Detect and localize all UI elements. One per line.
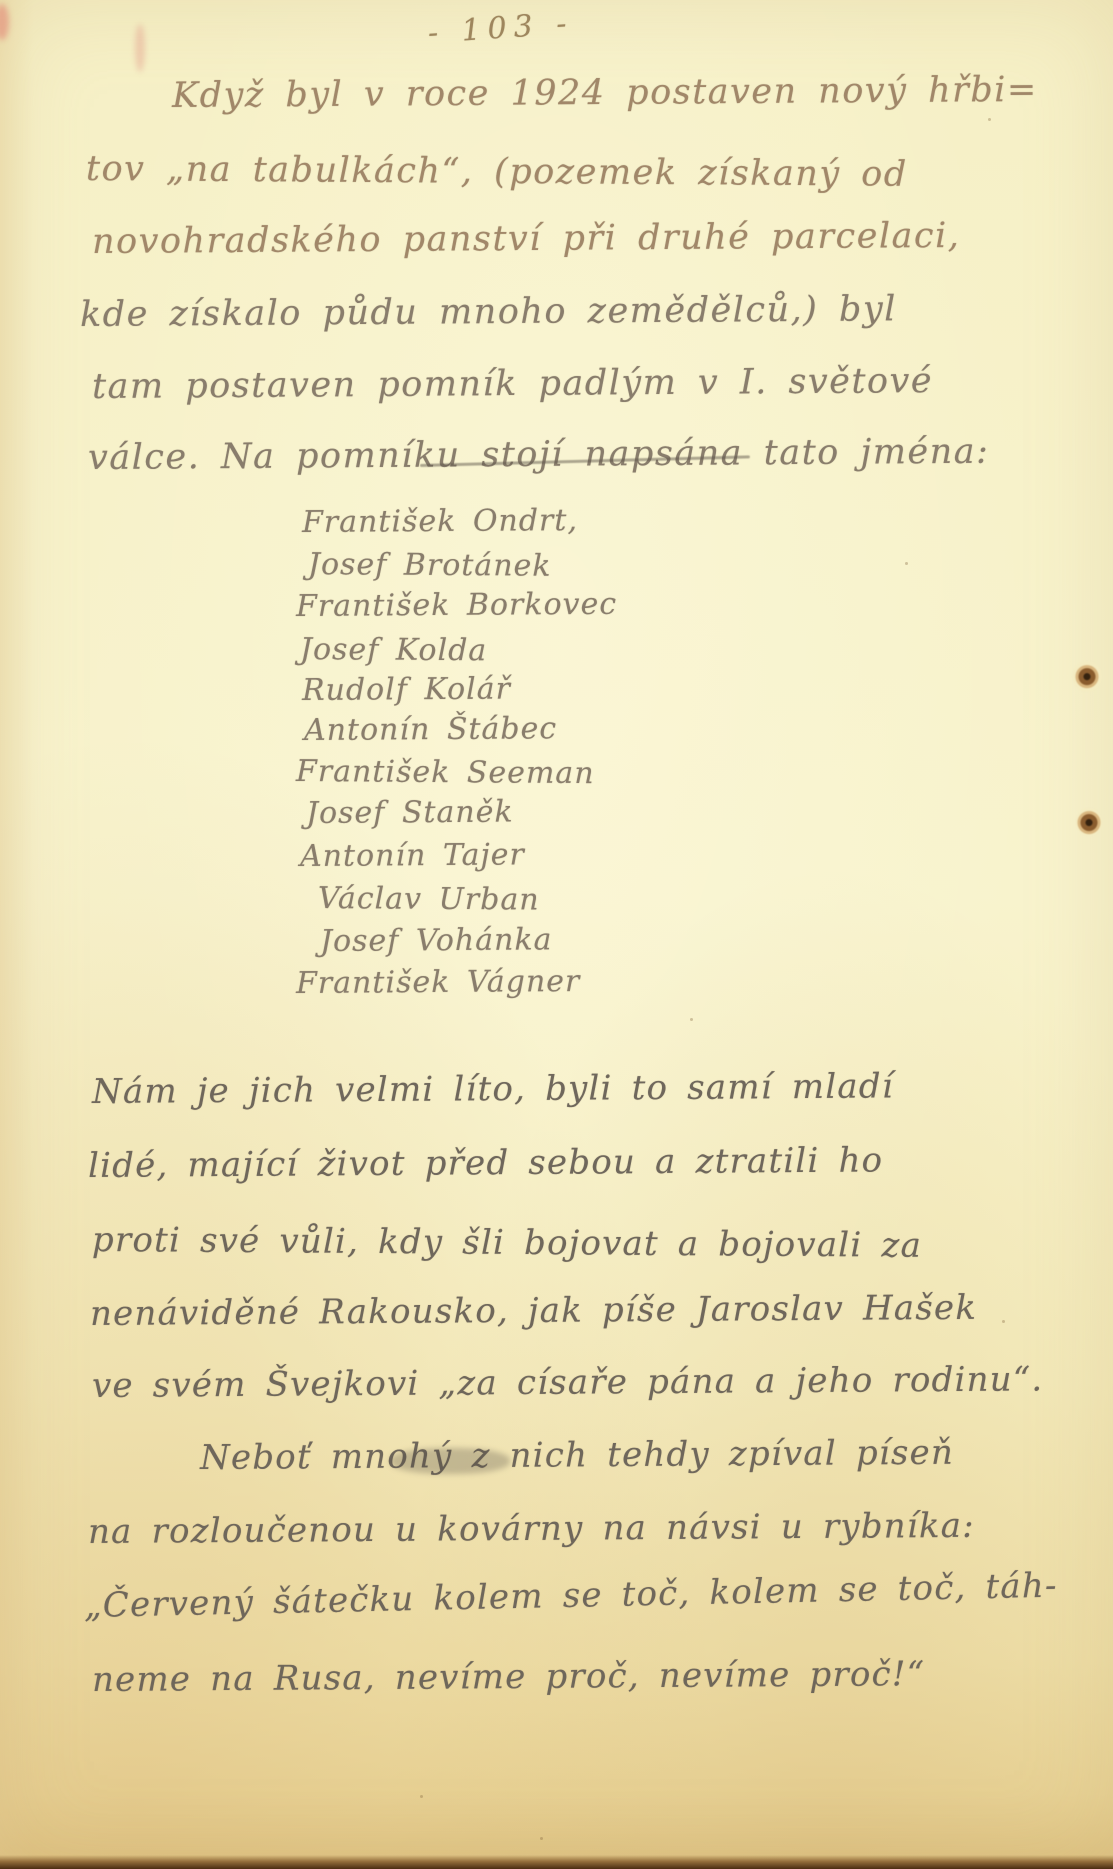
memorial-name: František Ondrt, [302, 503, 578, 540]
memorial-name: Josef Brotánek [308, 547, 552, 584]
paper-speck [1002, 1320, 1005, 1323]
memorial-name: Rudolf Kolář [302, 672, 511, 708]
handwritten-line: nenáviděné Rakousko, jak píše Jaroslav H… [90, 1288, 977, 1334]
handwritten-line: na rozloučenou u kovárny na návsi u rybn… [88, 1506, 975, 1552]
memorial-name: Josef Staněk [306, 795, 514, 831]
page-left-edge-shading [0, 0, 34, 1869]
handwritten-line: Neboť mnohý z nich tehdy zpíval píseň [200, 1433, 954, 1478]
memorial-name: Josef Kolda [300, 632, 487, 668]
binding-hole [1076, 808, 1102, 836]
handwritten-line: tov „na tabulkách“, (pozemek získaný od [86, 149, 908, 195]
handwritten-line: kde získalo půdu mnoho zemědělců,) byl [80, 289, 897, 335]
handwritten-line: lidé, mající život před sebou a ztratili… [88, 1140, 884, 1186]
paper-speck [905, 562, 908, 565]
handwritten-line: Když byl v roce 1924 postaven nový hřbi= [172, 70, 1038, 116]
memorial-name: František Seeman [296, 754, 595, 791]
handwritten-line: neme na Rusa, nevíme proč, nevíme proč!“ [92, 1654, 926, 1700]
manuscript-page: - 103 - Když byl v roce 1924 postaven no… [0, 0, 1113, 1869]
memorial-name: Antonín Tajer [300, 837, 525, 874]
memorial-name: František Borkovec [296, 587, 617, 624]
handwritten-line: ve svém Švejkovi „za císaře pána a jeho … [92, 1359, 1044, 1406]
memorial-name: Antonín Štábec [304, 711, 557, 748]
handwritten-line: tam postaven pomník padlým v I. světové [92, 361, 933, 407]
handwritten-line: proti své vůli, kdy šli bojovat a bojova… [92, 1220, 922, 1266]
handwritten-line: novohradského panství při druhé parcelac… [92, 216, 961, 262]
paper-speck [540, 1837, 543, 1840]
binding-hole [1072, 660, 1102, 692]
handwritten-line: „Červený šátečku kolem se toč, kolem se … [84, 1566, 1058, 1626]
paper-speck [988, 118, 991, 121]
handwritten-line: Nám je jich velmi líto, byli to samí mla… [92, 1066, 894, 1112]
paper-speck [420, 1795, 423, 1798]
memorial-name: Václav Urban [318, 881, 540, 918]
memorial-name: Josef Vohánka [320, 922, 553, 959]
page-number: - 103 - [427, 6, 575, 51]
paper-speck [690, 1018, 693, 1021]
paper-stain [135, 24, 145, 72]
handwritten-line: válce. Na pomníku stojí napsána tato jmé… [88, 432, 990, 478]
page-bottom-edge [0, 1855, 1113, 1869]
memorial-name: František Vágner [296, 964, 581, 1001]
correction-smudge [390, 1448, 510, 1474]
